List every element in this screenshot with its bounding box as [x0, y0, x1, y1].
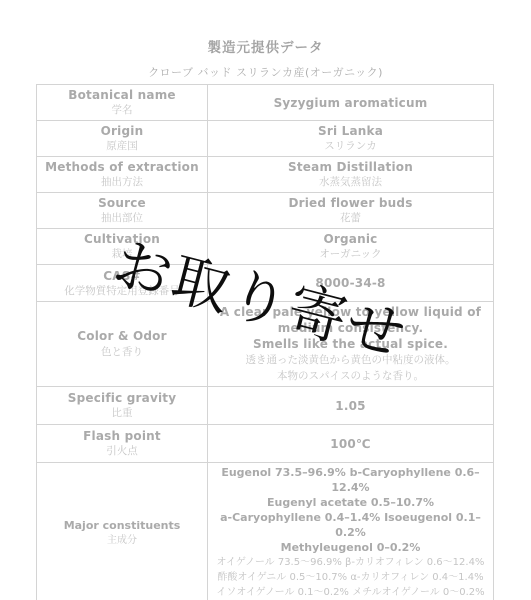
- table-row-cultivation: Cultivation 栽培 Organic オーガニック: [37, 229, 494, 265]
- row-value-en: Eugenyl acetate 0.5–10.7%: [212, 495, 489, 510]
- table-row-flash-point: Flash point 引火点 100℃: [37, 425, 494, 463]
- page-title: 製造元提供データ: [0, 36, 531, 56]
- spec-table: Botanical name 学名 Syzygium aromaticum Or…: [36, 84, 494, 600]
- row-value-en: Steam Distillation: [212, 159, 489, 175]
- row-label-en: Specific gravity: [41, 390, 203, 406]
- row-label-en: Botanical name: [41, 87, 203, 103]
- row-label-ja: 学名: [41, 103, 203, 118]
- row-label-ja: 抽出方法: [41, 175, 203, 190]
- row-value-en: Methyleugenol 0–0.2%: [212, 540, 489, 555]
- row-value-ja: 透き通った淡黄色から黄色の中粘度の液体。: [212, 352, 489, 368]
- row-label-en: Methods of extraction: [41, 159, 203, 175]
- row-label-en: Major constituents: [41, 518, 203, 533]
- row-value-en: Dried flower buds: [212, 195, 489, 211]
- row-value-ja: スリランカ: [212, 139, 489, 154]
- row-label-en: Cultivation: [41, 231, 203, 247]
- table-row-extraction: Methods of extraction 抽出方法 Steam Distill…: [37, 157, 494, 193]
- row-label-ja: 化学物質特定用登録番号: [41, 284, 203, 299]
- row-value-en: Eugenol 73.5–96.9% b-Caryophyllene 0.6–1…: [212, 465, 489, 495]
- row-label-ja: 栽培: [41, 247, 203, 262]
- row-value-en: Syzygium aromaticum: [212, 95, 489, 111]
- row-value-en: 100℃: [212, 436, 489, 452]
- row-label-en: Origin: [41, 123, 203, 139]
- row-label-en: Source: [41, 195, 203, 211]
- row-label-en: Flash point: [41, 428, 203, 444]
- row-label-ja: 色と香り: [41, 344, 203, 360]
- row-value-ja: 酢酸オイゲニル 0.5～10.7% α-カリオフィレン 0.4～1.4%: [212, 570, 489, 585]
- row-value-en: Organic: [212, 231, 489, 247]
- table-row-source: Source 抽出部位 Dried flower buds 花蕾: [37, 193, 494, 229]
- table-row-color-odor: Color & Odor 色と香り A clear pale yellow to…: [37, 302, 494, 387]
- row-value-ja: オーガニック: [212, 247, 489, 262]
- row-label-en: CAS#: [41, 268, 203, 284]
- row-value-en: A clear pale yellow to yellow liquid of …: [212, 304, 489, 336]
- row-value-ja: 花蕾: [212, 211, 489, 226]
- row-label-ja: 引火点: [41, 444, 203, 459]
- row-value-ja: 本物のスパイスのような香り。: [212, 368, 489, 384]
- row-value-en: 1.05: [212, 398, 489, 414]
- row-label-ja: 主成分: [41, 533, 203, 548]
- row-value-ja: オイゲノール 73.5～96.9% β-カリオフィレン 0.6～12.4%: [212, 555, 489, 570]
- table-row-specific-gravity: Specific gravity 比重 1.05: [37, 387, 494, 425]
- product-name: クローブ バッド スリランカ産(オーガニック): [0, 64, 531, 80]
- spec-sheet-page: 製造元提供データ クローブ バッド スリランカ産(オーガニック) Botanic…: [0, 0, 531, 600]
- row-value-ja: イソオイゲノール 0.1～0.2% メチルオイゲノール 0～0.2%: [212, 585, 489, 600]
- row-value-en: Smells like the actual spice.: [212, 336, 489, 352]
- row-value-en: 8000-34-8: [212, 275, 489, 291]
- row-label-ja: 抽出部位: [41, 211, 203, 226]
- table-row-origin: Origin 原産国 Sri Lanka スリランカ: [37, 121, 494, 157]
- row-label-en: Color & Odor: [41, 328, 203, 344]
- row-label-ja: 原産国: [41, 139, 203, 154]
- row-value-en: Sri Lanka: [212, 123, 489, 139]
- table-row-cas: CAS# 化学物質特定用登録番号 8000-34-8: [37, 265, 494, 302]
- row-label-ja: 比重: [41, 406, 203, 421]
- row-value-en: a-Caryophyllene 0.4–1.4% Isoeugenol 0.1–…: [212, 510, 489, 540]
- table-row-major-constituents: Major constituents 主成分 Eugenol 73.5–96.9…: [37, 463, 494, 600]
- table-row-botanical-name: Botanical name 学名 Syzygium aromaticum: [37, 85, 494, 121]
- row-value-ja: 水蒸気蒸留法: [212, 175, 489, 190]
